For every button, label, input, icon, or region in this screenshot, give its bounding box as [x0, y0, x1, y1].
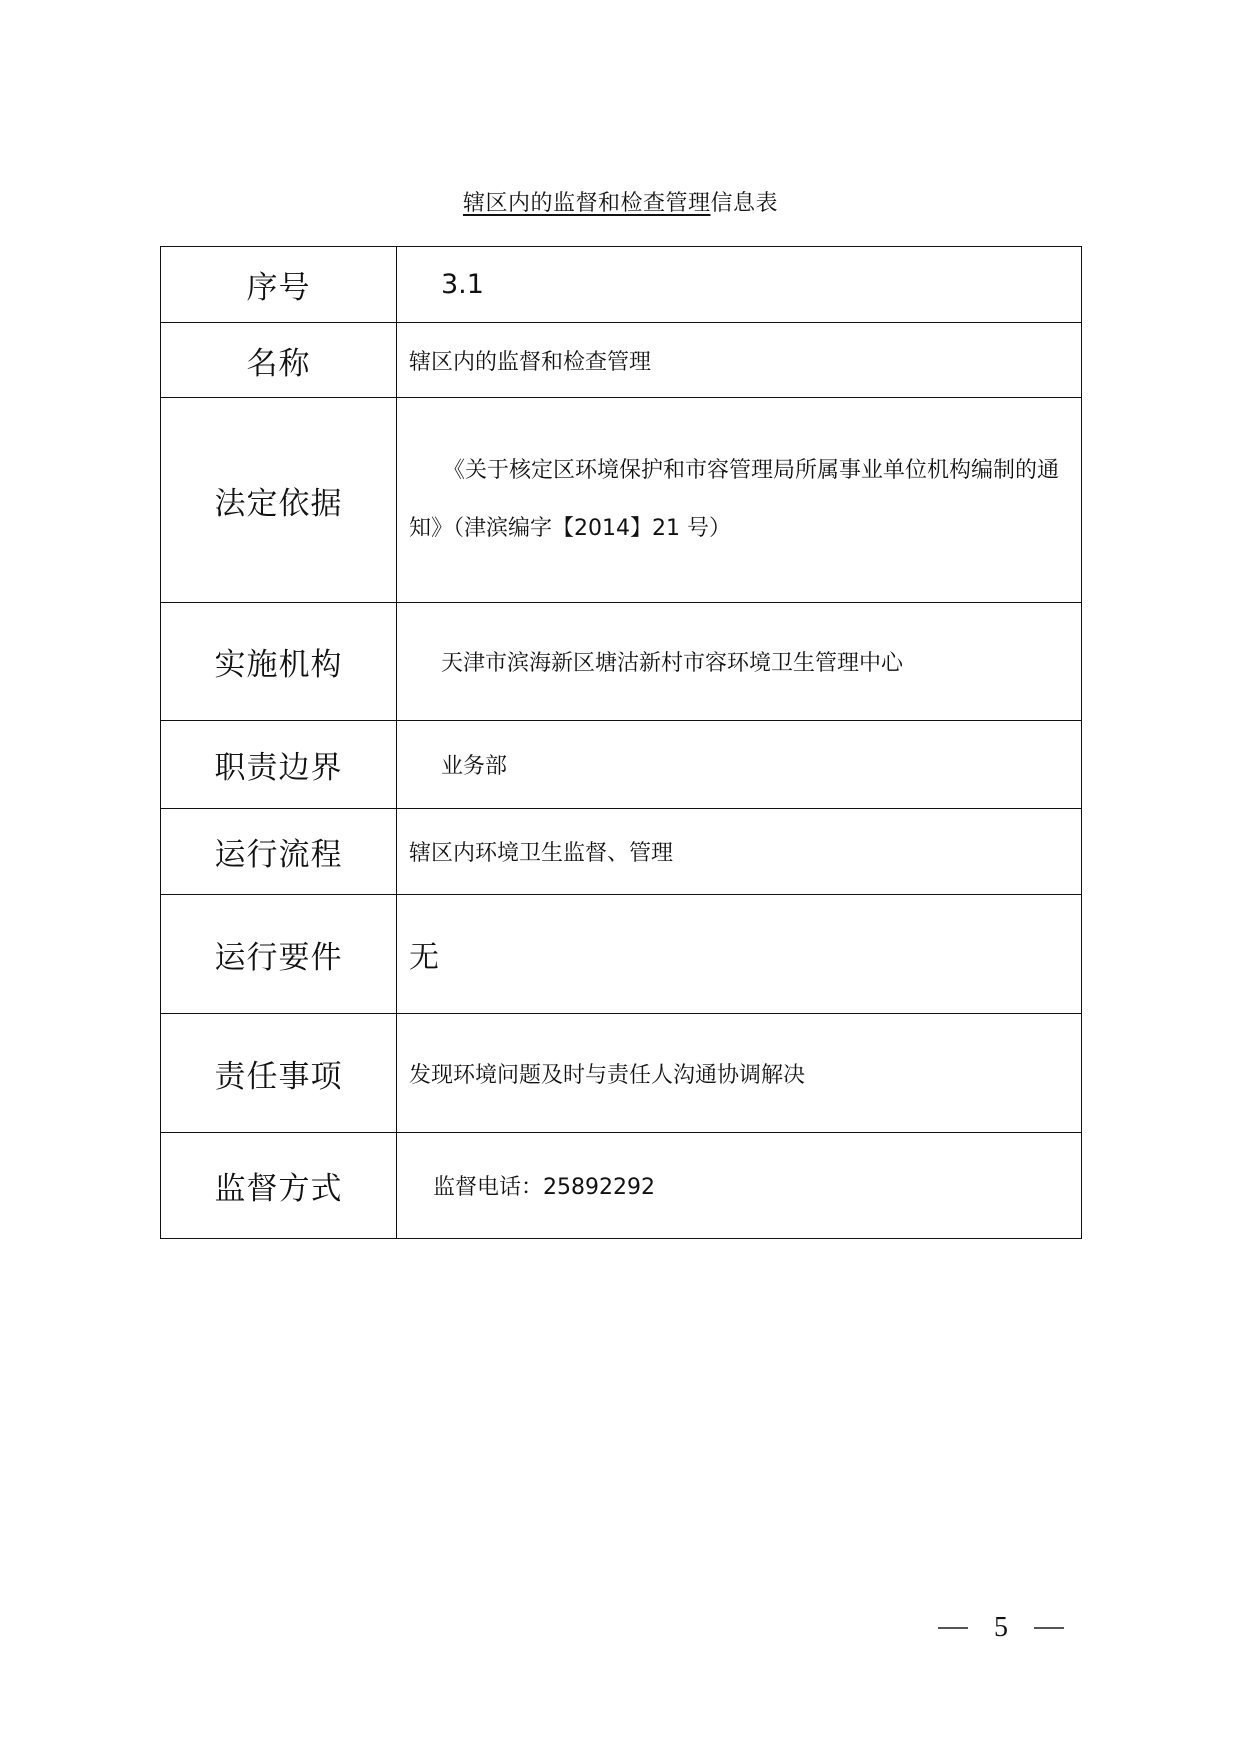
label-implementing-agency: 实施机构: [161, 603, 397, 721]
label-responsibilities: 责任事项: [161, 1014, 397, 1133]
label-name: 名称: [161, 323, 397, 398]
title-suffix: 信息表: [711, 191, 779, 216]
label-serial: 序号: [161, 247, 397, 323]
dash-left: [938, 1627, 968, 1629]
value-legal-basis: 《关于核定区环境保护和市容管理局所属事业单位机构编制的通知》（津滨编字【2014…: [397, 398, 1082, 603]
table-row-responsibility-boundary: 职责边界 业务部: [161, 721, 1082, 809]
value-implementing-agency: 天津市滨海新区塘沽新村市容环境卫生管理中心: [397, 603, 1082, 721]
value-requirements: 无: [397, 895, 1082, 1014]
dash-right: [1034, 1627, 1064, 1629]
value-supervision: 监督电话：25892292: [397, 1133, 1082, 1239]
table-row-name: 名称 辖区内的监督和检查管理: [161, 323, 1082, 398]
page-number: 5: [938, 1612, 1064, 1644]
table-row-supervision: 监督方式 监督电话：25892292: [161, 1133, 1082, 1239]
document-title: 辖区内的监督和检查管理信息表: [0, 186, 1241, 217]
label-supervision: 监督方式: [161, 1133, 397, 1239]
table-row-requirements: 运行要件 无: [161, 895, 1082, 1014]
value-process: 辖区内环境卫生监督、管理: [397, 809, 1082, 895]
title-underlined: 辖区内的监督和检查管理: [463, 191, 711, 216]
value-name: 辖区内的监督和检查管理: [397, 323, 1082, 398]
label-legal-basis: 法定依据: [161, 398, 397, 603]
label-requirements: 运行要件: [161, 895, 397, 1014]
label-process: 运行流程: [161, 809, 397, 895]
page-number-text: 5: [994, 1612, 1008, 1644]
table-row-process: 运行流程 辖区内环境卫生监督、管理: [161, 809, 1082, 895]
table-row-legal-basis: 法定依据 《关于核定区环境保护和市容管理局所属事业单位机构编制的通知》（津滨编字…: [161, 398, 1082, 603]
value-serial: 3.1: [397, 247, 1082, 323]
table-row-serial: 序号 3.1: [161, 247, 1082, 323]
table-row-responsibilities: 责任事项 发现环境问题及时与责任人沟通协调解决: [161, 1014, 1082, 1133]
info-table: 序号 3.1 名称 辖区内的监督和检查管理 法定依据 《关于核定区环境保护和市容…: [160, 246, 1082, 1239]
table-row-implementing-agency: 实施机构 天津市滨海新区塘沽新村市容环境卫生管理中心: [161, 603, 1082, 721]
value-responsibility-boundary: 业务部: [397, 721, 1082, 809]
value-responsibilities: 发现环境问题及时与责任人沟通协调解决: [397, 1014, 1082, 1133]
label-responsibility-boundary: 职责边界: [161, 721, 397, 809]
